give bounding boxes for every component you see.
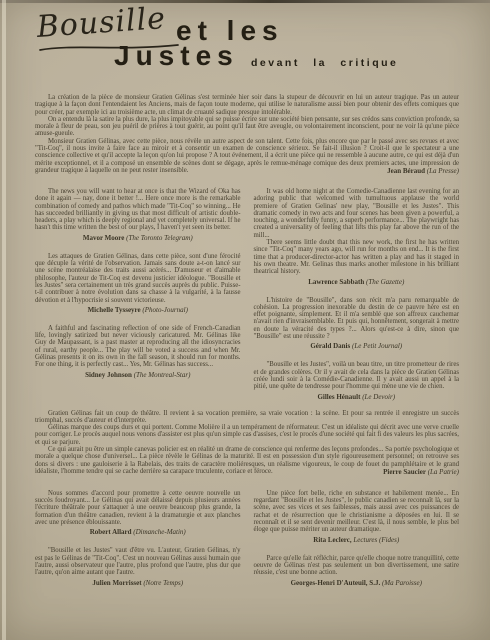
photo-left-edge xyxy=(2,0,6,640)
middle-paragraph-1: Gratien Gélinas fait un coup de théâtre.… xyxy=(35,410,459,425)
review-text: "Bousille et les Justes" vaut d'être vu.… xyxy=(35,547,241,576)
attribution-gerald-danis: Gérald Danis (Le Petit Journal) xyxy=(254,342,460,351)
attribution-name: Michelle Tysseyre xyxy=(88,306,141,314)
review-michelle-tysseyre: Les attaques de Gratien Gélinas, dans ce… xyxy=(35,253,241,315)
attribution-source: (The Montreal-Star) xyxy=(134,371,191,379)
attribution-source: (Ma Paroisse) xyxy=(382,579,422,587)
attribution-name: Gilles Hénault xyxy=(317,393,360,401)
attribution-michelle-tysseyre: Michelle Tysseyre (Photo-Journal) xyxy=(35,306,241,315)
attribution-mavor-moore: Mavor Moore (The Toronto Telegram) xyxy=(35,234,241,243)
review-gilles-henault: "Bousille et les Justes", voilà un beau … xyxy=(254,361,460,401)
review-robert-allard: Nous sommes d'accord pour promettre à ce… xyxy=(35,490,241,537)
attribution-rita-leclerc: Rita Leclerc, Lectures (Fides) xyxy=(254,536,460,545)
attribution-source: (Photo-Journal) xyxy=(142,306,188,314)
review-mavor-moore: The news you will want to hear at once i… xyxy=(35,188,241,243)
scanned-page: Bousille et les Justes devant la critiqu… xyxy=(0,0,490,640)
attribution-source: (Dimanche-Matin) xyxy=(133,528,185,536)
attribution-name: Julien Morrisset xyxy=(92,579,141,587)
review-sidney-johnson: A faithful and fascinating reflection of… xyxy=(35,325,241,380)
review-rita-leclerc: Une pièce fort belle, riche en substance… xyxy=(254,490,460,545)
attribution-name: Robert Allard xyxy=(90,528,132,536)
review-text: The news you will want to hear at once i… xyxy=(35,188,241,232)
review-text: Nous sommes d'accord pour promettre à ce… xyxy=(35,490,241,526)
attribution-name: Pierre Saucier xyxy=(383,468,426,476)
attribution-name: Jean Béraud xyxy=(387,167,425,175)
attribution-name: Rita Leclerc, xyxy=(313,536,351,544)
lower-right-column: Une pièce fort belle, riche en substance… xyxy=(254,490,460,588)
middle-paragraph-2: Gélinas marque des coups durs et qui por… xyxy=(35,424,459,446)
review-text: Parce qu'elle fait réfléchir, parce qu'e… xyxy=(254,555,460,577)
lower-left-column: Nous sommes d'accord pour promettre à ce… xyxy=(35,490,241,588)
attribution-sidney-johnson: Sidney Johnson (The Montreal-Star) xyxy=(35,371,241,380)
intro-section: La création de la pièce de monsieur Grat… xyxy=(35,94,459,176)
attribution-source: (La Patrie) xyxy=(428,468,459,476)
attribution-name: Sidney Johnson xyxy=(85,371,132,379)
title-script-bousille: Bousille xyxy=(36,1,168,45)
attribution-gilles-henault: Gilles Hénault (Le Devoir) xyxy=(254,393,460,402)
upper-right-column: It was old home night at the Comedie-Can… xyxy=(254,188,460,402)
attribution-source: (Le Devoir) xyxy=(362,393,395,401)
review-text: A faithful and fascinating reflection of… xyxy=(35,325,241,369)
attribution-source: (Le Petit Journal) xyxy=(352,342,402,350)
photo-top-edge xyxy=(0,0,490,3)
upper-columns: The news you will want to hear at once i… xyxy=(35,188,459,402)
review-lawrence-sabbath: It was old home night at the Comedie-Can… xyxy=(254,188,460,287)
attribution-source: Lectures (Fides) xyxy=(353,536,399,544)
review-georges-henri-dauteuil: Parce qu'elle fait réfléchir, parce qu'e… xyxy=(254,555,460,588)
review-gerald-danis: L'histoire de "Bousille", dans son récit… xyxy=(254,297,460,352)
attribution-source: (The Toronto Telegram) xyxy=(126,234,193,242)
lower-columns: Nous sommes d'accord pour promettre à ce… xyxy=(35,490,459,588)
intro-paragraph-1: La création de la pièce de monsieur Grat… xyxy=(35,94,459,116)
middle-section: Gratien Gélinas fait un coup de théâtre.… xyxy=(35,410,459,477)
title-justes: Justes xyxy=(114,40,239,72)
attribution-lawrence-sabbath: Lawrence Sabbath (The Gazette) xyxy=(254,278,460,287)
attribution-julien-morrisset: Julien Morrisset (Notre Temps) xyxy=(35,579,241,588)
review-text: L'histoire de "Bousille", dans son récit… xyxy=(254,297,460,341)
attribution-robert-allard: Robert Allard (Dimanche-Matin) xyxy=(35,528,241,537)
review-text: Les attaques de Gratien Gélinas, dans ce… xyxy=(35,253,241,304)
review-text: "Bousille et les Justes", voilà un beau … xyxy=(254,361,460,390)
review-julien-morrisset: "Bousille et les Justes" vaut d'être vu.… xyxy=(35,547,241,587)
review-text: It was old home night at the Comedie-Can… xyxy=(254,188,460,239)
review-text: Une pièce fort belle, riche en substance… xyxy=(254,490,460,534)
attribution-name: Lawrence Sabbath xyxy=(308,278,364,286)
attribution-name: Georges-Henri D'Auteuil, S.J. xyxy=(291,579,381,587)
attribution-name: Gérald Danis xyxy=(310,342,350,350)
upper-left-column: The news you will want to hear at once i… xyxy=(35,188,241,402)
title-subtitle: devant la critique xyxy=(251,57,398,69)
attribution-name: Mavor Moore xyxy=(83,234,125,242)
attribution-source: (The Gazette) xyxy=(366,278,404,286)
page-body: La création de la pièce de monsieur Grat… xyxy=(35,94,459,588)
attribution-source: (La Presse) xyxy=(427,167,459,175)
attribution-source: (Notre Temps) xyxy=(143,579,183,587)
review-text: There seems little doubt that this new w… xyxy=(254,239,460,275)
intro-paragraph-2: On a entendu là la satire la plus dure, … xyxy=(35,116,459,138)
attribution-georges-henri-dauteuil: Georges-Henri D'Auteuil, S.J. (Ma Parois… xyxy=(254,579,460,588)
